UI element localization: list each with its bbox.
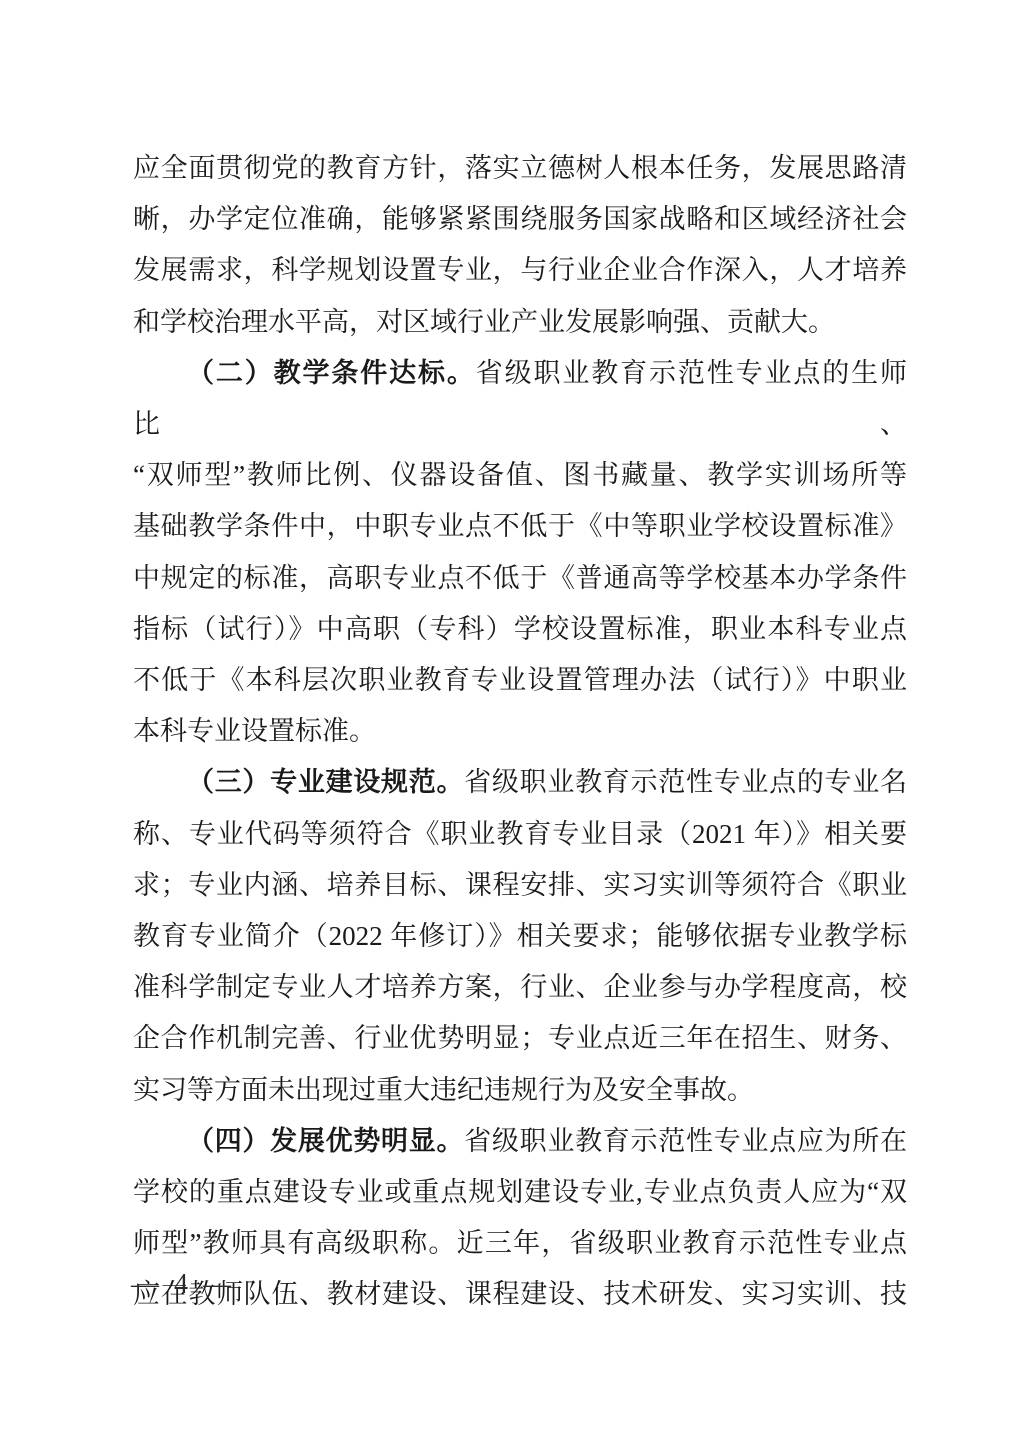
text-line: （二）教学条件达标。省级职业教育示范性专业点的生师比、 — [133, 348, 907, 450]
text-line: “双师型”教师比例、仪器设备值、图书藏量、教学实训场所等 — [133, 450, 907, 501]
text-line: 求；专业内涵、培养目标、课程安排、实习实训等须符合《职业 — [133, 860, 907, 911]
text-line: 和学校治理水平高，对区域行业产业发展影响强、贡献大。 — [133, 297, 907, 348]
text-line: 学校的重点建设专业或重点规划建设专业,专业点负责人应为“双 — [133, 1167, 907, 1218]
text-line: 晰，办学定位准确，能够紧紧围绕服务国家战略和区域经济社会 — [133, 194, 907, 245]
text-line: 称、专业代码等须符合《职业教育专业目录（2021 年）》相关要 — [133, 809, 907, 860]
document-body: 应全面贯彻党的教育方针，落实立德树人根本任务，发展思路清晰，办学定位准确，能够紧… — [133, 143, 907, 1321]
paragraph: （二）教学条件达标。省级职业教育示范性专业点的生师比、“双师型”教师比例、仪器设… — [133, 348, 907, 758]
text-line: （四）发展优势明显。省级职业教育示范性专业点应为所在 — [133, 1116, 907, 1167]
text-line: 基础教学条件中，中职专业点不低于《中等职业学校设置标准》 — [133, 501, 907, 552]
page-number: — 4 — — [131, 1266, 232, 1304]
text-line: 实习等方面未出现过重大违纪违规行为及安全事故。 — [133, 1065, 907, 1116]
text-line: 本科专业设置标准。 — [133, 706, 907, 757]
text-line: 不低于《本科层次职业教育专业设置管理办法（试行）》中职业 — [133, 655, 907, 706]
text-line: 教育专业简介（2022 年修订）》相关要求；能够依据专业教学标 — [133, 911, 907, 962]
text-line: 应全面贯彻党的教育方针，落实立德树人根本任务，发展思路清 — [133, 143, 907, 194]
text-line: 发展需求，科学规划设置专业，与行业企业合作深入，人才培养 — [133, 245, 907, 296]
text-line: 应在教师队伍、教材建设、课程建设、技术研发、实习实训、技 — [133, 1269, 907, 1320]
paragraph: （三）专业建设规范。省级职业教育示范性专业点的专业名称、专业代码等须符合《职业教… — [133, 757, 907, 1115]
section-heading: （四）发展优势明显。 — [187, 1126, 464, 1156]
section-heading: （三）专业建设规范。 — [187, 767, 464, 797]
text-line: 指标（试行）》中高职（专科）学校设置标准，职业本科专业点 — [133, 604, 907, 655]
text-line: （三）专业建设规范。省级职业教育示范性专业点的专业名 — [133, 757, 907, 808]
text-line: 师型”教师具有高级职称。近三年，省级职业教育示范性专业点 — [133, 1218, 907, 1269]
text-line: 中规定的标准，高职专业点不低于《普通高等学校基本办学条件 — [133, 553, 907, 604]
text-line: 准科学制定专业人才培养方案，行业、企业参与办学程度高，校 — [133, 962, 907, 1013]
section-heading: （二）教学条件达标。 — [187, 358, 476, 388]
paragraph: 应全面贯彻党的教育方针，落实立德树人根本任务，发展思路清晰，办学定位准确，能够紧… — [133, 143, 907, 348]
paragraph: （四）发展优势明显。省级职业教育示范性专业点应为所在学校的重点建设专业或重点规划… — [133, 1116, 907, 1321]
document-page: 应全面贯彻党的教育方针，落实立德树人根本任务，发展思路清晰，办学定位准确，能够紧… — [0, 0, 1024, 1448]
text-line: 企合作机制完善、行业优势明显；专业点近三年在招生、财务、 — [133, 1013, 907, 1064]
